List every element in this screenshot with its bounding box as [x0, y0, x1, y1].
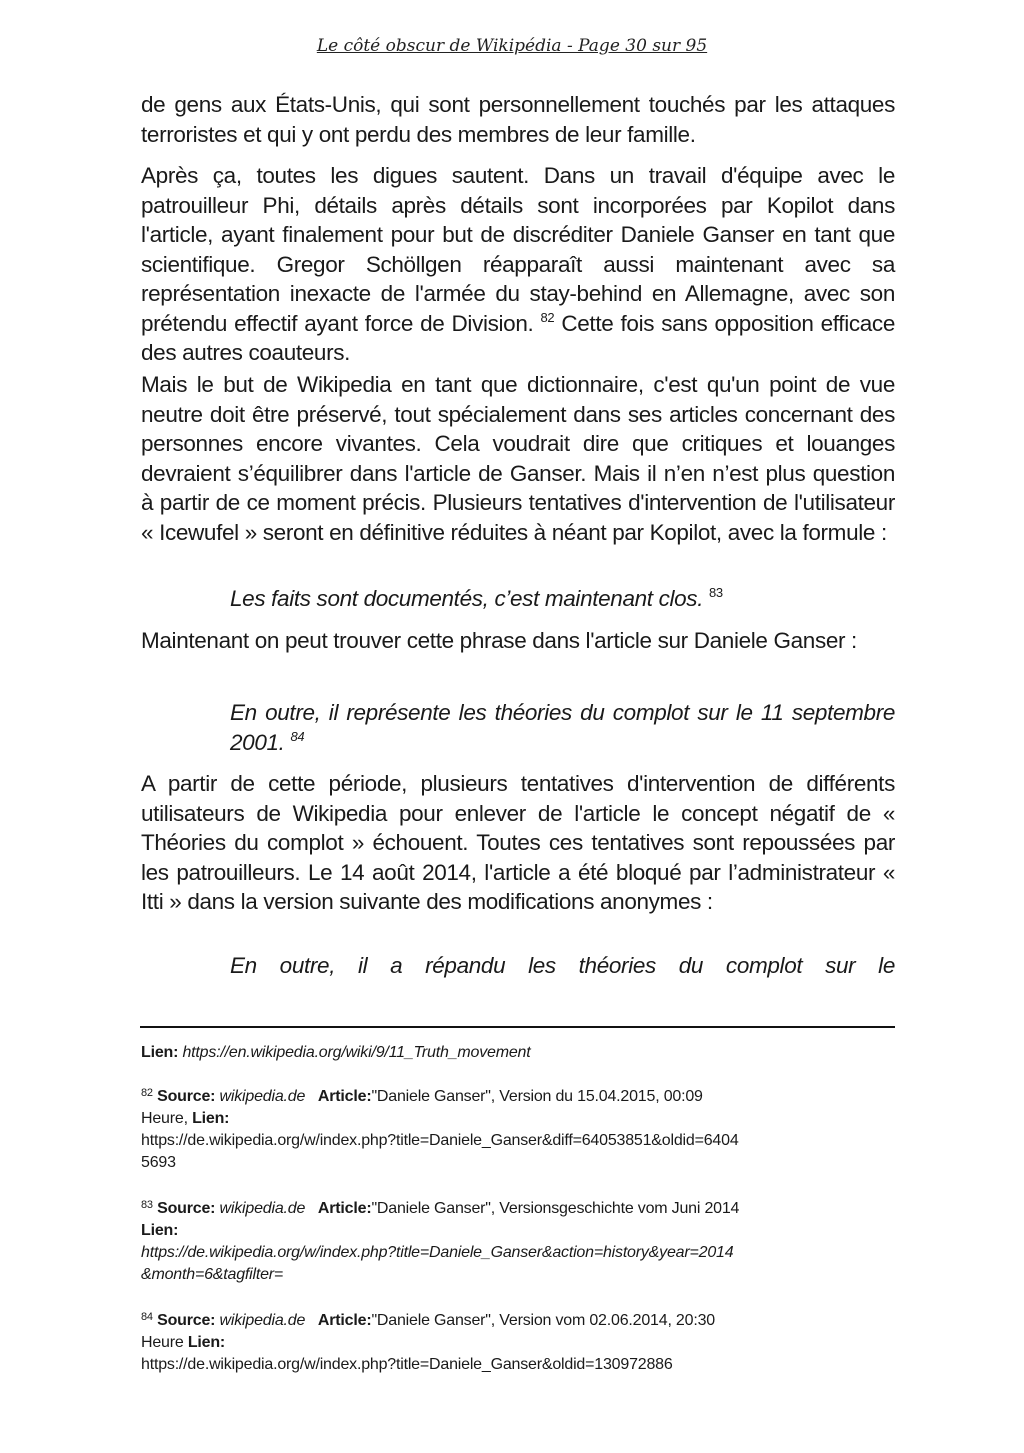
lien-label: Lien:	[192, 1110, 229, 1127]
paragraph-5: A partir de cette période, plusieurs ten…	[141, 769, 895, 917]
source-label: Source:	[157, 1312, 215, 1329]
lien-label: Lien:	[141, 1222, 178, 1239]
footnote-link-cont[interactable]: 5693	[141, 1154, 176, 1171]
article-value: "Daniele Ganser", Version du 15.04.2015,…	[371, 1088, 702, 1105]
footnote-82: 82 Source: wikipedia.de Article:"Daniele…	[141, 1086, 901, 1174]
footnote-ref-82[interactable]: 82	[541, 310, 555, 325]
footnote-84: 84 Source: wikipedia.de Article:"Daniele…	[141, 1310, 901, 1376]
footnote-link[interactable]: https://de.wikipedia.org/w/index.php?tit…	[141, 1356, 673, 1373]
footnote-number: 84	[141, 1311, 153, 1323]
footnote-link[interactable]: https://de.wikipedia.org/w/index.php?tit…	[141, 1244, 733, 1261]
paragraph-3: Mais le but de Wikipedia en tant que dic…	[141, 370, 895, 547]
paragraph-4: Maintenant on peut trouver cette phrase …	[141, 626, 895, 656]
source-value: wikipedia.de	[220, 1200, 306, 1217]
footnote-ref-84[interactable]: 84	[290, 729, 304, 744]
heure-text: Heure	[141, 1334, 184, 1351]
page-header: Le côté obscur de Wikipédia - Page 30 su…	[0, 36, 1024, 56]
paragraph-1: de gens aux États-Unis, qui sont personn…	[141, 90, 895, 149]
source-label: Source:	[157, 1088, 215, 1105]
quote-1-text: Les faits sont documentés, c’est mainten…	[230, 586, 703, 611]
quote-2: En outre, il représente les théories du …	[230, 698, 895, 757]
footnote-number: 83	[141, 1199, 153, 1211]
article-value: "Daniele Ganser", Versionsgeschichte vom…	[371, 1200, 739, 1217]
quote-2-text: En outre, il représente les théories du …	[230, 700, 895, 755]
article-label: Article:	[318, 1312, 372, 1329]
article-label: Article:	[318, 1200, 372, 1217]
lien-label: Lien:	[188, 1334, 225, 1351]
source-label: Source:	[157, 1200, 215, 1217]
footnote-separator	[140, 1026, 895, 1028]
footnote-link[interactable]: https://de.wikipedia.org/w/index.php?tit…	[141, 1132, 739, 1149]
source-value: wikipedia.de	[220, 1088, 306, 1105]
quote-1: Les faits sont documentés, c’est mainten…	[230, 584, 723, 614]
footnote-link[interactable]: https://en.wikipedia.org/wiki/9/11_Truth…	[182, 1044, 530, 1061]
paragraph-2: Après ça, toutes les digues sautent. Dan…	[141, 161, 895, 368]
article-label: Article:	[318, 1088, 372, 1105]
footnote-ref-83[interactable]: 83	[709, 585, 723, 600]
article-value: "Daniele Ganser", Version vom 02.06.2014…	[371, 1312, 715, 1329]
footnote-number: 82	[141, 1087, 153, 1099]
lien-label: Lien:	[141, 1044, 178, 1061]
source-value: wikipedia.de	[220, 1312, 306, 1329]
heure-text: Heure,	[141, 1110, 188, 1127]
footnote-link-cont[interactable]: &month=6&tagfilter=	[141, 1266, 283, 1283]
quote-3: En outre, il a répandu les théories du c…	[230, 951, 895, 981]
footnote-continuation: Lien: https://en.wikipedia.org/wiki/9/11…	[141, 1042, 901, 1064]
footnote-83: 83 Source: wikipedia.de Article:"Daniele…	[141, 1198, 901, 1286]
